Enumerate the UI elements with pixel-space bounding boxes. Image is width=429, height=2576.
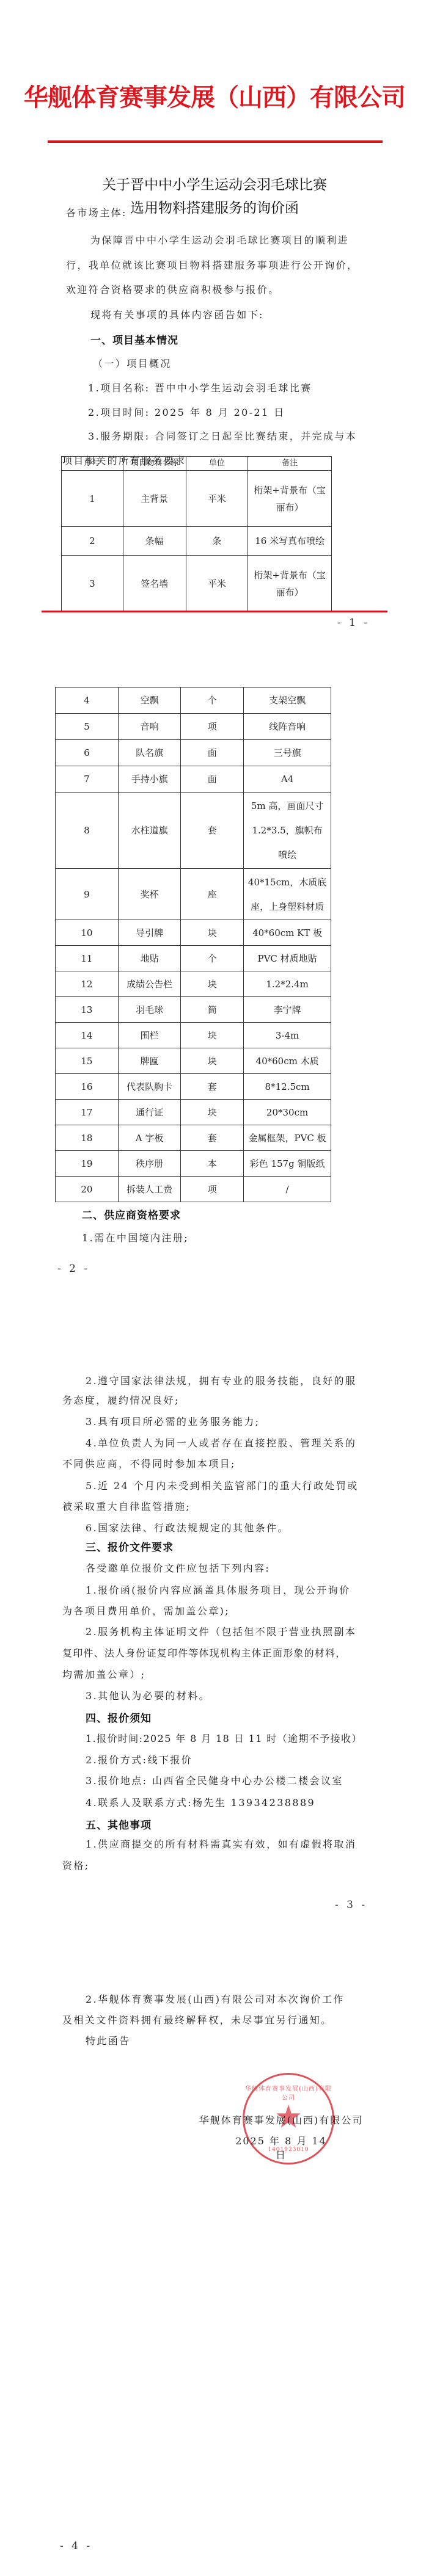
signature-date: 2025 年 8 月 14 日 xyxy=(232,2133,330,2161)
table-row: 12成绩公告栏块1.2*2.4m xyxy=(56,971,331,997)
row-unit: 面 xyxy=(181,766,244,793)
row-name: 地贴 xyxy=(118,946,181,971)
table-row: 10导引牌块40*60cm KT 板 xyxy=(56,920,331,946)
row-note: 彩色 157g 铜版纸 xyxy=(244,1151,331,1177)
section3-item2-line2: 复印件、法人身份证复印件等体现机构主体正面形象的材料， xyxy=(62,1645,346,1660)
row-note-line: 桁架+背景布（宝 xyxy=(251,567,329,584)
row-unit: 套 xyxy=(181,793,244,869)
document-title-line1: 关于晋中中小学生运动会羽毛球比赛 xyxy=(0,173,429,197)
row-no: 12 xyxy=(56,971,119,997)
row-no: 7 xyxy=(56,766,119,793)
table-row: 4空飘个支架空飘 xyxy=(56,688,331,714)
section3-intro: 各受邀单位报价文件应包括下列内容: xyxy=(86,1561,270,1575)
section4-item1: 1.报价时间:2025 年 8 月 18 日 11 时（逾期不予接收） xyxy=(86,1731,362,1745)
row-note: 8*12.5cm xyxy=(244,1074,331,1100)
row-note: PVC 材质地贴 xyxy=(244,946,331,971)
section3-item3: 3.其他认为必要的材料。 xyxy=(86,1688,210,1702)
section2-item2-line2: 务态度，履约情况良好; xyxy=(62,1393,180,1407)
row-note-line: 丽布） xyxy=(251,499,329,516)
row-name: 牌匾 xyxy=(118,1048,181,1074)
row-unit: 块 xyxy=(181,1048,244,1074)
section2-heading: 二、供应商资格要求 xyxy=(82,1206,181,1222)
table-row: 5音响项线阵音响 xyxy=(56,714,331,740)
section5-item2-line1: 2.华舰体育赛事发展(山西)有限公司对本次询价工作 xyxy=(86,1992,345,2006)
section3-item2-line3: 均需加盖公章）; xyxy=(62,1667,146,1681)
row-note: 金属框架，PVC 板 xyxy=(244,1125,331,1151)
table-row: 14围栏块3-4m xyxy=(56,1023,331,1048)
row-no: 15 xyxy=(56,1048,119,1074)
table-row: 17通行证块20*30cm xyxy=(56,1100,331,1125)
table-row: 1 主背景 平米 桁架+背景布（宝丽布） xyxy=(62,471,332,527)
row-unit: 本 xyxy=(181,1151,244,1177)
table-row: 16代表队胸卡套8*12.5cm xyxy=(56,1074,331,1100)
row-no: 11 xyxy=(56,946,119,971)
table-header-name: 项目物料名称 xyxy=(123,457,186,471)
section4-item2: 2.报价方式:线下报价 xyxy=(86,1752,193,1766)
table-row: 7手持小旗面A4 xyxy=(56,766,331,793)
section5-heading: 五、其他事项 xyxy=(86,1816,152,1832)
row-unit: 套 xyxy=(181,1074,244,1100)
section3-item2-line1: 2.服务机构主体证明文件（包括但不限于营业执照副本 xyxy=(86,1624,356,1638)
table-row: 3 签名墙 平米 桁架+背景布（宝丽布） xyxy=(62,556,332,612)
section3-item1-line1: 1.报价函(报价内容应涵盖具体服务项目，现公开询价 xyxy=(86,1583,351,1597)
row-note: 三号旗 xyxy=(244,740,331,766)
row-no: 18 xyxy=(56,1125,119,1151)
section3-item1-line2: 为各项目费用单价，需加盖公章); xyxy=(62,1603,230,1617)
row-name: A 字板 xyxy=(118,1125,181,1151)
table-row: 6队名旗面三号旗 xyxy=(56,740,331,766)
intro-paragraph-line2: 行，我单位就该比赛项目物料搭建服务事项进行公开询价， xyxy=(66,258,358,272)
row-name: 通行证 xyxy=(118,1100,181,1125)
row-note-line: 桁架+背景布（宝 xyxy=(251,482,329,499)
row-no: 8 xyxy=(56,793,119,869)
service-table-part2: 4空飘个支架空飘 5音响项线阵音响 6队名旗面三号旗 7手持小旗面A4 8水柱道… xyxy=(55,687,331,1202)
row-note: 40*15cm，木质底座，上身塑料材质 xyxy=(244,869,331,920)
row-no: 5 xyxy=(56,714,119,740)
row-no: 13 xyxy=(56,997,119,1023)
row-unit: 项 xyxy=(181,714,244,740)
row-name: 条幅 xyxy=(123,527,186,556)
row-no: 17 xyxy=(56,1100,119,1125)
row-note-line: 1.2*3.5，旗帜布 xyxy=(246,818,328,843)
row-no: 1 xyxy=(62,471,123,527)
row-name: 音响 xyxy=(118,714,181,740)
section1-heading: 一、项目基本情况 xyxy=(90,332,178,347)
section1-sub1: （一）项目概况 xyxy=(93,356,172,370)
row-unit: 筒 xyxy=(181,997,244,1023)
row-unit: 块 xyxy=(181,971,244,997)
row-unit: 平米 xyxy=(186,471,248,527)
closing-text: 特此函告 xyxy=(86,2033,131,2047)
row-note: 20*30cm xyxy=(244,1100,331,1125)
row-name: 秩序册 xyxy=(118,1151,181,1177)
intro-paragraph-line1: 为保障晋中中小学生运动会羽毛球比赛项目的顺利进 xyxy=(90,233,349,247)
row-unit: 条 xyxy=(186,527,248,556)
row-no: 2 xyxy=(62,527,123,556)
row-note-line: 喷绘 xyxy=(246,843,328,867)
table-header-no: 序号 xyxy=(62,457,123,471)
row-unit: 面 xyxy=(181,740,244,766)
row-note: 线阵音响 xyxy=(244,714,331,740)
row-note-line: 座，上身塑料材质 xyxy=(246,894,328,919)
table-row: 9奖杯座40*15cm，木质底座，上身塑料材质 xyxy=(56,869,331,920)
letterhead-company-name: 华舰体育赛事发展（山西）有限公司 xyxy=(0,78,429,113)
section1-item2: 2.项目时间: 2025 年 8 月 20-21 日 xyxy=(88,405,285,419)
section4-item3: 3.报价地点: 山西省全民健身中心办公楼二楼会议室 xyxy=(86,1773,343,1787)
table-header-row: 序号 项目物料名称 单位 备注 xyxy=(62,457,332,471)
section5-item1-line1: 1.供应商提交的所有材料需真实有效，如有虚假将取消 xyxy=(86,1837,356,1851)
table-row: 13羽毛球筒李宁牌 xyxy=(56,997,331,1023)
section2-item3: 3.具有项目所必需的业务服务能力; xyxy=(86,1414,260,1428)
row-name: 空飘 xyxy=(118,688,181,714)
row-unit: 块 xyxy=(181,1100,244,1125)
row-note-line: 丽布） xyxy=(251,584,329,601)
section2-item4-line1: 4.单位负责人为同一人或者存在直接控股、管理关系的 xyxy=(86,1435,356,1449)
document-title-line2: 选用物料搭建服务的询价函 xyxy=(0,197,429,220)
row-unit: 个 xyxy=(181,946,244,971)
table-header-unit: 单位 xyxy=(186,457,248,471)
row-name: 成绩公告栏 xyxy=(118,971,181,997)
signature-company: 华舰体育赛事发展(山西)有限公司 xyxy=(189,2113,373,2127)
section3-heading: 三、报价文件要求 xyxy=(86,1539,174,1554)
table-row: 2 条幅 条 16 米写真布喷绘 xyxy=(62,527,332,556)
section4-heading: 四、报价须知 xyxy=(86,1710,152,1725)
row-note: 40*60cm 木质 xyxy=(244,1048,331,1074)
row-note: / xyxy=(244,1177,331,1202)
section2-item4-line2: 不同供应商，不得同时参加本项目; xyxy=(62,1456,236,1470)
table-row: 8水柱道旗套5m 高，画面尺寸1.2*3.5，旗帜布喷绘 xyxy=(56,793,331,869)
row-note: 桁架+背景布（宝丽布） xyxy=(248,556,332,612)
row-unit: 块 xyxy=(181,1023,244,1048)
service-table-part1: 序号 项目物料名称 单位 备注 1 主背景 平米 桁架+背景布（宝丽布） 2 条… xyxy=(61,456,332,612)
row-note: A4 xyxy=(244,766,331,793)
section5-item1-line2: 资格; xyxy=(62,1858,90,1872)
section2-item2-line1: 2.遵守国家法律法规，拥有专业的服务技能，良好的服 xyxy=(86,1373,356,1387)
salutation: 各市场主体: xyxy=(66,205,127,219)
row-no: 14 xyxy=(56,1023,119,1048)
row-name: 羽毛球 xyxy=(118,997,181,1023)
section1-item3-line1: 3.服务期限: 合同签订之日起至比赛结束，并完成与本 xyxy=(88,429,357,443)
row-name: 队名旗 xyxy=(118,740,181,766)
row-name: 导引牌 xyxy=(118,920,181,946)
section2-item5-line1: 5.近 24 个月内未受到相关监管部门的重大行政处罚或 xyxy=(86,1478,359,1492)
row-no: 4 xyxy=(56,688,119,714)
row-note: 支架空飘 xyxy=(244,688,331,714)
row-name: 手持小旗 xyxy=(118,766,181,793)
row-name: 水柱道旗 xyxy=(118,793,181,869)
row-unit: 块 xyxy=(181,920,244,946)
row-name: 拆装人工费 xyxy=(118,1177,181,1202)
row-note: 16 米写真布喷绘 xyxy=(248,527,332,556)
table-row: 20拆装人工费项/ xyxy=(56,1177,331,1202)
row-no: 16 xyxy=(56,1074,119,1100)
letterhead-red-rule xyxy=(48,140,383,143)
row-name: 签名墙 xyxy=(123,556,186,612)
row-no: 19 xyxy=(56,1151,119,1177)
row-note: 桁架+背景布（宝丽布） xyxy=(248,471,332,527)
table-row: 18A 字板套金属框架，PVC 板 xyxy=(56,1125,331,1151)
row-name: 主背景 xyxy=(123,471,186,527)
page-number-2: - 2 - xyxy=(57,1263,90,1275)
row-unit: 套 xyxy=(181,1125,244,1151)
row-name: 奖杯 xyxy=(118,869,181,920)
document-title: 关于晋中中小学生运动会羽毛球比赛 选用物料搭建服务的询价函 xyxy=(0,173,429,220)
row-note-line: 5m 高，画面尺寸 xyxy=(246,794,328,818)
row-note-line: 40*15cm，木质底 xyxy=(246,870,328,894)
section2-item1: 1.需在中国境内注册; xyxy=(82,1230,189,1244)
page-number-4: - 4 - xyxy=(60,2540,92,2552)
intro-paragraph-line3: 欢迎符合资格要求的供应商积极参与报价。 xyxy=(66,282,280,296)
row-note: 1.2*2.4m xyxy=(244,971,331,997)
row-no: 3 xyxy=(62,556,123,612)
row-note: 40*60cm KT 板 xyxy=(244,920,331,946)
section5-item2-line2: 及相关文件资料拥有最终解释权，未尽事宜另行通知。 xyxy=(62,2012,332,2026)
section4-item4: 4.联系人及联系方式:杨先生 13934238889 xyxy=(86,1795,315,1809)
row-unit: 项 xyxy=(181,1177,244,1202)
page-number-1: - 1 - xyxy=(337,617,370,629)
intro-paragraph-2: 现将有关事项的具体内容函告如下: xyxy=(90,307,264,321)
table-row: 15牌匾块40*60cm 木质 xyxy=(56,1048,331,1074)
table-row: 19秩序册本彩色 157g 铜版纸 xyxy=(56,1151,331,1177)
table-row: 11地贴个PVC 材质地贴 xyxy=(56,946,331,971)
row-no: 10 xyxy=(56,920,119,946)
section2-item5-line2: 被采取重大自律监管措施; xyxy=(62,1499,191,1513)
page-number-3: - 3 - xyxy=(335,1899,367,1911)
page1-footer-red-rule xyxy=(42,611,387,612)
row-note: 李宁牌 xyxy=(244,997,331,1023)
section2-item6: 6.国家法律、行政法规规定的其他条件。 xyxy=(86,1520,289,1534)
row-note: 5m 高，画面尺寸1.2*3.5，旗帜布喷绘 xyxy=(244,793,331,869)
row-no: 9 xyxy=(56,869,119,920)
row-unit: 个 xyxy=(181,688,244,714)
row-name: 围栏 xyxy=(118,1023,181,1048)
row-unit: 平米 xyxy=(186,556,248,612)
row-name: 代表队胸卡 xyxy=(118,1074,181,1100)
row-unit: 座 xyxy=(181,869,244,920)
section1-item1: 1.项目名称: 晋中中小学生运动会羽毛球比赛 xyxy=(88,380,312,394)
table-header-note: 备注 xyxy=(248,457,332,471)
row-note: 3-4m xyxy=(244,1023,331,1048)
row-no: 20 xyxy=(56,1177,119,1202)
row-no: 6 xyxy=(56,740,119,766)
